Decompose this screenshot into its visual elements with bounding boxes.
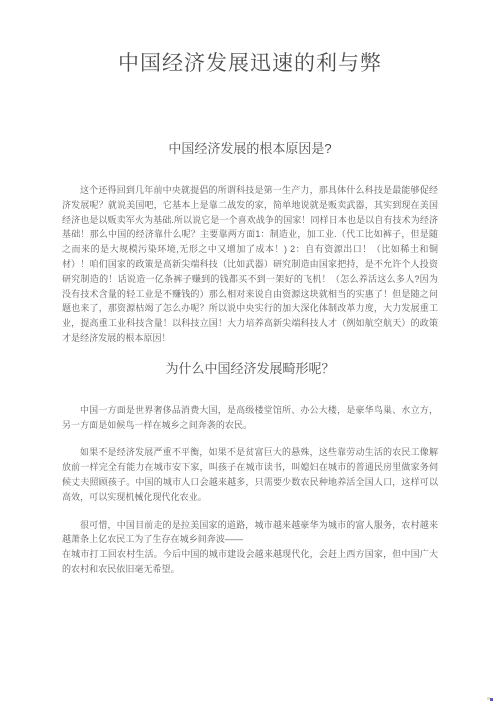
paragraph-imbalance: 如果不是经济发展严重不平衡，如果不是贫富巨大的悬殊，这些靠劳动生活的农民工像解放… — [62, 445, 438, 504]
section-heading-deformed-development: 为什么中国经济发展畸形呢？ — [62, 361, 438, 377]
page-title: 中国经济发展迅速的利与弊 — [62, 49, 438, 79]
paragraph-root-cause: 这个还得回到几年前中央就提倡的所谓科技是第一生产力，那具体什么科技是最能够促经济… — [62, 183, 438, 346]
document-page: 中国经济发展迅速的利与弊 中国经济发展的根本原因是? 这个还得回到几年前中央就提… — [62, 49, 438, 577]
paragraph-latin-america-path: 很可惜，中国目前走的是拉美国家的道路，城市越来越豪华为城市的富人服务，农村越来越… — [62, 518, 438, 577]
section-deformed-development: 为什么中国经济发展畸形呢？ 中国一方面是世界奢侈品消费大国，是高级楼堂馆所、办公… — [62, 361, 438, 577]
page-corner-artifact — [490, 698, 493, 701]
paragraph-consumption-contrast: 中国一方面是世界奢侈品消费大国，是高级楼堂馆所、办公大楼，是豪华鸟巢、水立方，另… — [62, 403, 438, 433]
section-root-cause: 中国经济发展的根本原因是? 这个还得回到几年前中央就提倡的所谓科技是第一生产力，… — [62, 141, 438, 346]
section-heading-root-cause: 中国经济发展的根本原因是? — [62, 141, 438, 157]
